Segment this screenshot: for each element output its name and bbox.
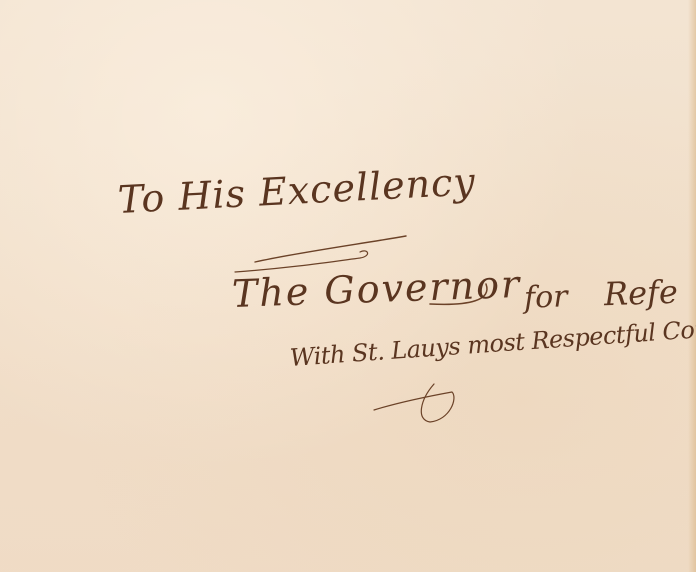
addressee-continuation-2: Refe — [603, 273, 678, 314]
paper-edge — [688, 0, 696, 572]
addressee-continuation-1: for — [523, 279, 568, 315]
